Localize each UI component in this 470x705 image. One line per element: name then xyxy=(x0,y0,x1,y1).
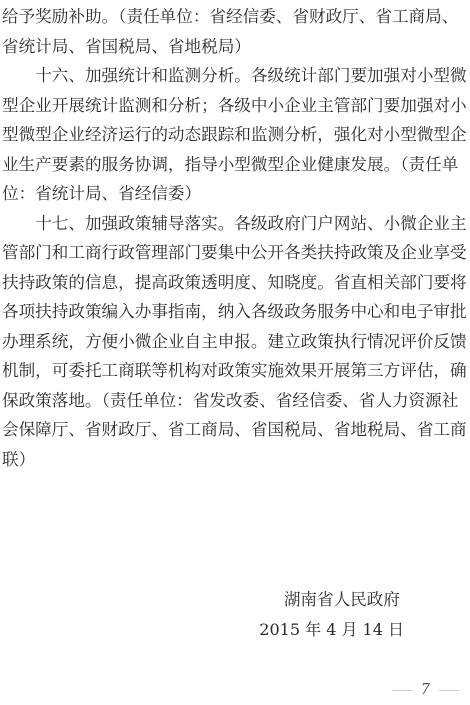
document-line-para-17-start: 十七、加强政策辅导落实。各级政府门户网站、小微企业主 xyxy=(2,209,468,239)
document-line: 给予奖励补助。（责任单位：省经信委、省财政厅、省工商局、 xyxy=(2,2,468,32)
document-line: 各项扶持政策编入办事指南，纳入各级政务服务中心和电子审批 xyxy=(2,297,468,327)
document-line: 保政策落地。（责任单位：省发改委、省经信委、省人力资源社 xyxy=(2,386,468,416)
signature-date: 2015 年 4 月 14 日 xyxy=(0,615,470,645)
document-line: 办理系统，方便小微企业自主申报。建立政策执行情况评价反馈 xyxy=(2,327,468,357)
document-line: 会保障厅、省财政厅、省工商局、省国税局、省地税局、省工商 xyxy=(2,415,468,445)
document-line: 型企业开展统计监测和分析；各级中小企业主管部门要加强对小 xyxy=(2,91,468,121)
document-line: 机制，可委托工商联等机构对政策实施效果开展第三方评估，确 xyxy=(2,356,468,386)
document-line: 业生产要素的服务协调，指导小型微型企业健康发展。（责任单 xyxy=(2,150,468,180)
document-line: 管部门和工商行政管理部门要集中公开各类扶持政策及企业享受 xyxy=(2,238,468,268)
issuing-authority-signature: 湖南省人民政府 xyxy=(0,585,470,615)
page-footer: 7 xyxy=(392,682,459,699)
page-number: 7 xyxy=(421,682,430,699)
document-line-para-16-start: 十六、加强统计和监测分析。各级统计部门要加强对小型微 xyxy=(2,61,468,91)
document-line: 位：省统计局、省经信委） xyxy=(2,179,468,209)
footer-dash-left xyxy=(392,690,412,692)
document-line: 省统计局、省国税局、省地税局） xyxy=(2,32,468,62)
document-line: 联） xyxy=(2,445,468,475)
document-page: 给予奖励补助。（责任单位：省经信委、省财政厅、省工商局、 省统计局、省国税局、省… xyxy=(0,0,470,705)
document-line: 型微型企业经济运行的动态跟踪和监测分析，强化对小型微型企 xyxy=(2,120,468,150)
footer-dash-right xyxy=(439,690,459,692)
document-body: 给予奖励补助。（责任单位：省经信委、省财政厅、省工商局、 省统计局、省国税局、省… xyxy=(0,0,470,474)
document-line: 扶持政策的信息，提高政策透明度、知晓度。省直相关部门要将 xyxy=(2,268,468,298)
